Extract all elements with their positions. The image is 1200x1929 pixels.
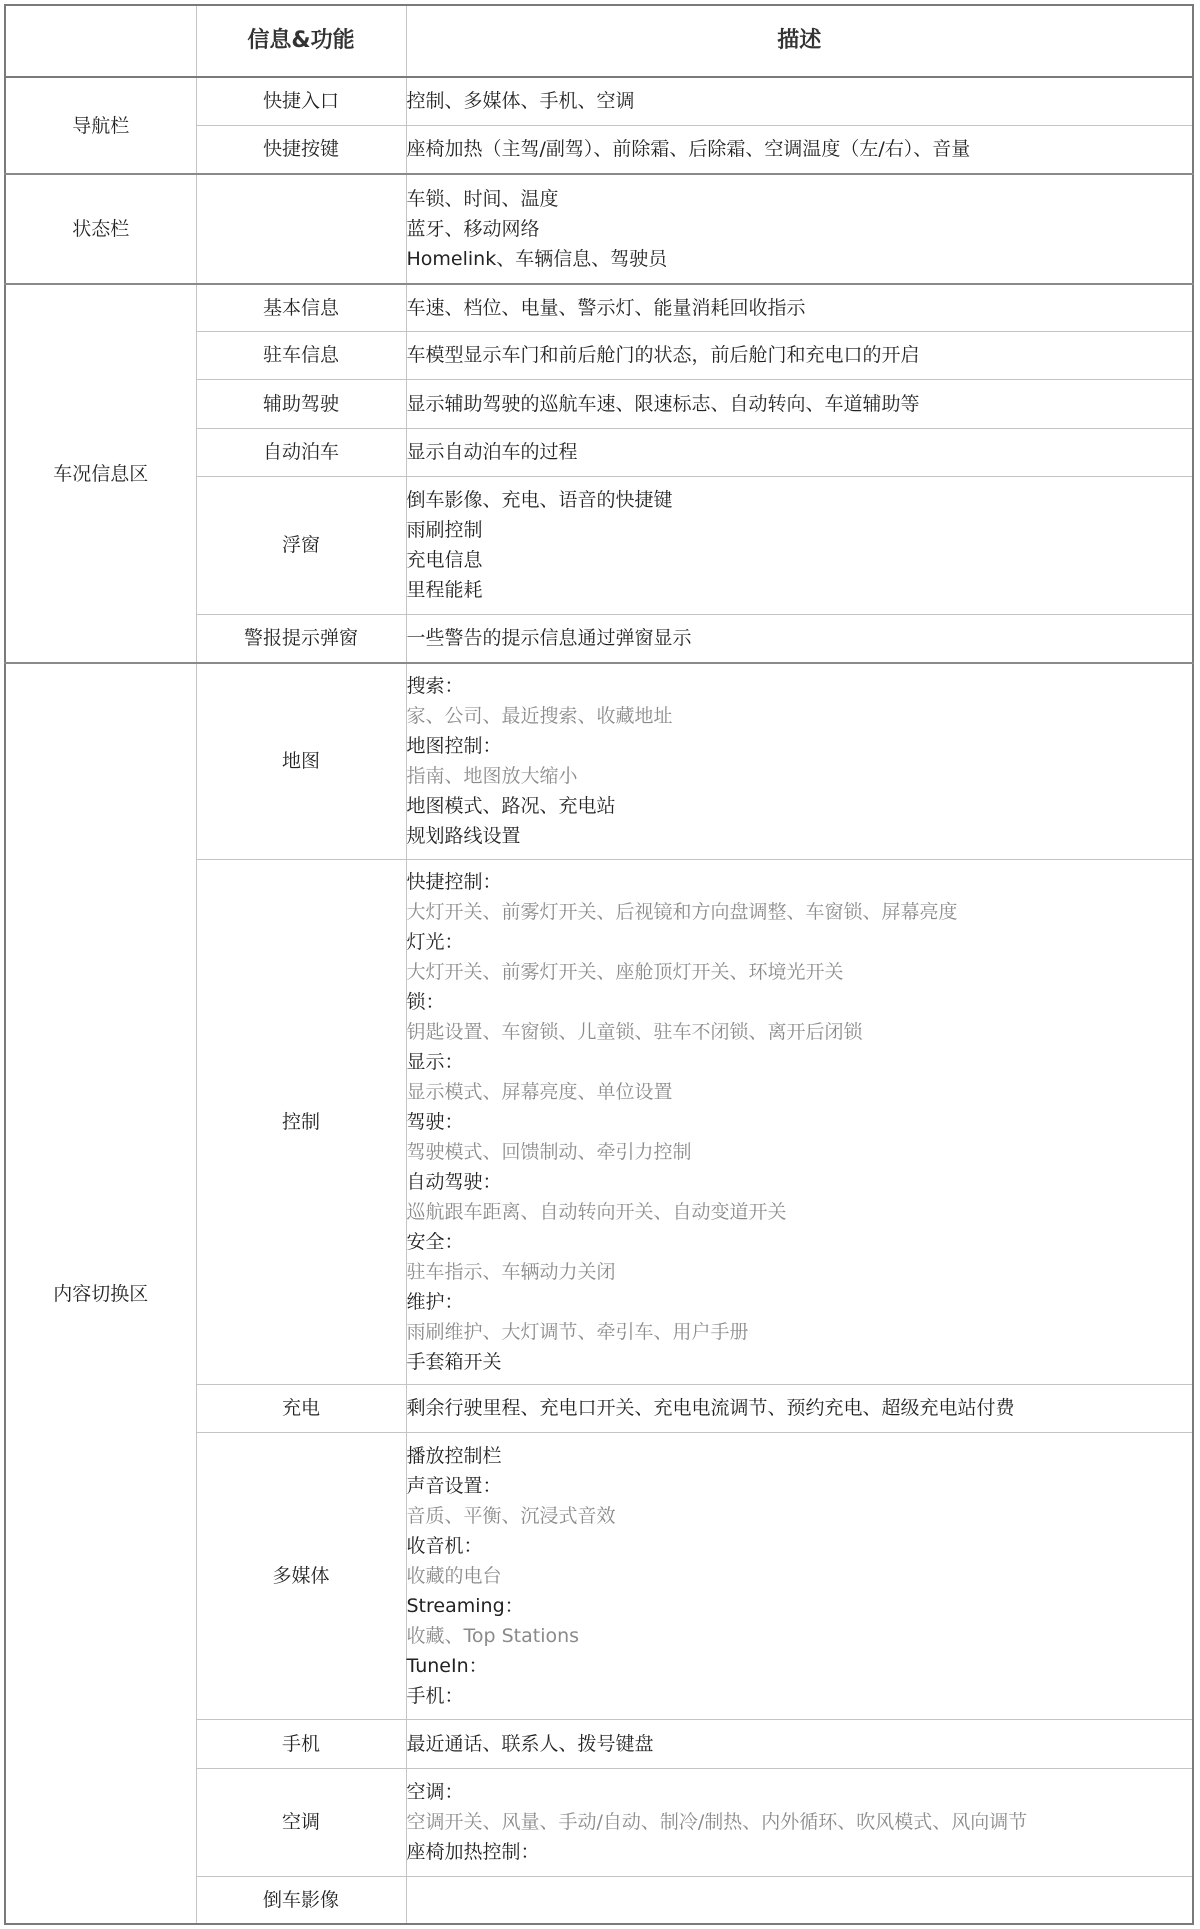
description-cell: 座椅加热（主驾/副驾）、前除霜、后除霜、空调温度（左/右）、音量 xyxy=(406,125,1193,174)
description-line: 手机： xyxy=(407,1681,1193,1711)
group-label-cell: 内容切换区 xyxy=(5,663,196,1924)
description-cell: 播放控制栏声音设置：音质、平衡、沉浸式音效收音机：收藏的电台Streaming：… xyxy=(406,1432,1193,1719)
description-line: 显示： xyxy=(407,1047,1193,1077)
description-detail-line: 家、公司、最近搜索、收藏地址 xyxy=(407,701,1193,731)
description-cell: 显示辅助驾驶的巡航车速、限速标志、自动转向、车道辅助等 xyxy=(406,379,1193,428)
description-line: 空调： xyxy=(407,1777,1193,1807)
description-cell: 一些警告的提示信息通过弹窗显示 xyxy=(406,614,1193,663)
feature-cell: 自动泊车 xyxy=(196,428,406,476)
description-line: 灯光： xyxy=(407,927,1193,957)
header-cell-feature: 信息&功能 xyxy=(196,5,406,77)
table-row: 内容切换区地图搜索：家、公司、最近搜索、收藏地址地图控制：指南、地图放大缩小地图… xyxy=(5,663,1193,859)
description-cell: 剩余行驶里程、充电口开关、充电电流调节、预约充电、超级充电站付费 xyxy=(406,1384,1193,1432)
description-line: 雨刷控制 xyxy=(407,515,1193,545)
description-line: 手套箱开关 xyxy=(407,1347,1193,1377)
description-line: 车速、档位、电量、警示灯、能量消耗回收指示 xyxy=(407,293,1193,323)
description-line: 显示自动泊车的过程 xyxy=(407,437,1193,467)
description-line: Homelink、车辆信息、驾驶员 xyxy=(407,244,1193,274)
description-line: 座椅加热控制： xyxy=(407,1837,1193,1867)
group-label-cell: 导航栏 xyxy=(5,77,196,174)
description-detail-line: 雨刷维护、大灯调节、牵引车、用户手册 xyxy=(407,1317,1193,1347)
feature-cell: 快捷入口 xyxy=(196,77,406,125)
description-detail-line: 空调开关、风量、手动/自动、制冷/制热、内外循环、吹风模式、风向调节 xyxy=(407,1807,1193,1837)
description-line: 充电信息 xyxy=(407,545,1193,575)
description-detail-line: 驾驶模式、回馈制动、牵引力控制 xyxy=(407,1137,1193,1167)
description-line: 地图控制： xyxy=(407,731,1193,761)
description-line: 剩余行驶里程、充电口开关、充电电流调节、预约充电、超级充电站付费 xyxy=(407,1393,1193,1423)
feature-cell: 驻车信息 xyxy=(196,331,406,379)
description-detail-line: 巡航跟车距离、自动转向开关、自动变道开关 xyxy=(407,1197,1193,1227)
description-line: 维护： xyxy=(407,1287,1193,1317)
description-cell: 最近通话、联系人、拨号键盘 xyxy=(406,1719,1193,1768)
description-detail-line: 音质、平衡、沉浸式音效 xyxy=(407,1501,1193,1531)
description-cell: 搜索：家、公司、最近搜索、收藏地址地图控制：指南、地图放大缩小地图模式、路况、充… xyxy=(406,663,1193,859)
description-line: 自动驾驶： xyxy=(407,1167,1193,1197)
header-cell-group xyxy=(5,5,196,77)
description-line: Streaming： xyxy=(407,1591,1193,1621)
feature-cell: 手机 xyxy=(196,1719,406,1768)
description-line: 搜索： xyxy=(407,671,1193,701)
description-line: 规划路线设置 xyxy=(407,821,1193,851)
description-line: 最近通话、联系人、拨号键盘 xyxy=(407,1729,1193,1759)
description-detail-line: 收藏的电台 xyxy=(407,1561,1193,1591)
feature-cell: 多媒体 xyxy=(196,1432,406,1719)
table-row: 导航栏快捷入口控制、多媒体、手机、空调 xyxy=(5,77,1193,125)
description-cell: 车模型显示车门和前后舱门的状态，前后舱门和充电口的开启 xyxy=(406,331,1193,379)
feature-cell: 地图 xyxy=(196,663,406,859)
description-cell: 车锁、时间、温度蓝牙、移动网络Homelink、车辆信息、驾驶员 xyxy=(406,174,1193,284)
description-line: 一些警告的提示信息通过弹窗显示 xyxy=(407,623,1193,653)
description-detail-line: 钥匙设置、车窗锁、儿童锁、驻车不闭锁、离开后闭锁 xyxy=(407,1017,1193,1047)
description-line: 车锁、时间、温度 xyxy=(407,184,1193,214)
description-cell: 显示自动泊车的过程 xyxy=(406,428,1193,476)
description-line: 蓝牙、移动网络 xyxy=(407,214,1193,244)
description-line: 驾驶： xyxy=(407,1107,1193,1137)
description-line: TuneIn： xyxy=(407,1651,1193,1681)
description-cell: 倒车影像、充电、语音的快捷键雨刷控制充电信息里程能耗 xyxy=(406,476,1193,614)
feature-cell: 倒车影像 xyxy=(196,1876,406,1924)
description-line: 快捷控制： xyxy=(407,867,1193,897)
description-detail-line: 大灯开关、前雾灯开关、后视镜和方向盘调整、车窗锁、屏幕亮度 xyxy=(407,897,1193,927)
description-line: 显示辅助驾驶的巡航车速、限速标志、自动转向、车道辅助等 xyxy=(407,389,1193,419)
description-line: 播放控制栏 xyxy=(407,1441,1193,1471)
description-cell: 快捷控制：大灯开关、前雾灯开关、后视镜和方向盘调整、车窗锁、屏幕亮度灯光：大灯开… xyxy=(406,859,1193,1384)
group-label-cell: 状态栏 xyxy=(5,174,196,284)
description-line: 地图模式、路况、充电站 xyxy=(407,791,1193,821)
table-row: 车况信息区基本信息车速、档位、电量、警示灯、能量消耗回收指示 xyxy=(5,284,1193,331)
description-line: 里程能耗 xyxy=(407,575,1193,605)
description-detail-line: 收藏、Top Stations xyxy=(407,1621,1193,1651)
feature-spec-table: 信息&功能 描述 导航栏快捷入口控制、多媒体、手机、空调快捷按键座椅加热（主驾/… xyxy=(4,4,1194,1925)
table-header-row: 信息&功能 描述 xyxy=(5,5,1193,77)
feature-cell: 控制 xyxy=(196,859,406,1384)
feature-cell: 快捷按键 xyxy=(196,125,406,174)
description-cell xyxy=(406,1876,1193,1924)
description-line: 车模型显示车门和前后舱门的状态，前后舱门和充电口的开启 xyxy=(407,340,1193,370)
feature-cell: 基本信息 xyxy=(196,284,406,331)
description-cell: 车速、档位、电量、警示灯、能量消耗回收指示 xyxy=(406,284,1193,331)
description-detail-line: 大灯开关、前雾灯开关、座舱顶灯开关、环境光开关 xyxy=(407,957,1193,987)
description-cell: 控制、多媒体、手机、空调 xyxy=(406,77,1193,125)
description-line: 锁： xyxy=(407,987,1193,1017)
feature-cell: 浮窗 xyxy=(196,476,406,614)
description-detail-line: 指南、地图放大缩小 xyxy=(407,761,1193,791)
description-line: 声音设置： xyxy=(407,1471,1193,1501)
feature-cell: 警报提示弹窗 xyxy=(196,614,406,663)
description-line: 控制、多媒体、手机、空调 xyxy=(407,86,1193,116)
description-line: 收音机： xyxy=(407,1531,1193,1561)
group-label-cell: 车况信息区 xyxy=(5,284,196,663)
header-cell-description: 描述 xyxy=(406,5,1193,77)
table-row: 状态栏车锁、时间、温度蓝牙、移动网络Homelink、车辆信息、驾驶员 xyxy=(5,174,1193,284)
feature-cell: 充电 xyxy=(196,1384,406,1432)
description-line: 倒车影像、充电、语音的快捷键 xyxy=(407,485,1193,515)
feature-cell: 辅助驾驶 xyxy=(196,379,406,428)
feature-cell xyxy=(196,174,406,284)
description-detail-line: 显示模式、屏幕亮度、单位设置 xyxy=(407,1077,1193,1107)
description-detail-line: 驻车指示、车辆动力关闭 xyxy=(407,1257,1193,1287)
table-body: 导航栏快捷入口控制、多媒体、手机、空调快捷按键座椅加热（主驾/副驾）、前除霜、后… xyxy=(5,77,1193,1924)
description-cell: 空调：空调开关、风量、手动/自动、制冷/制热、内外循环、吹风模式、风向调节座椅加… xyxy=(406,1768,1193,1876)
description-line: 座椅加热（主驾/副驾）、前除霜、后除霜、空调温度（左/右）、音量 xyxy=(407,134,1193,164)
description-line: 安全： xyxy=(407,1227,1193,1257)
feature-cell: 空调 xyxy=(196,1768,406,1876)
